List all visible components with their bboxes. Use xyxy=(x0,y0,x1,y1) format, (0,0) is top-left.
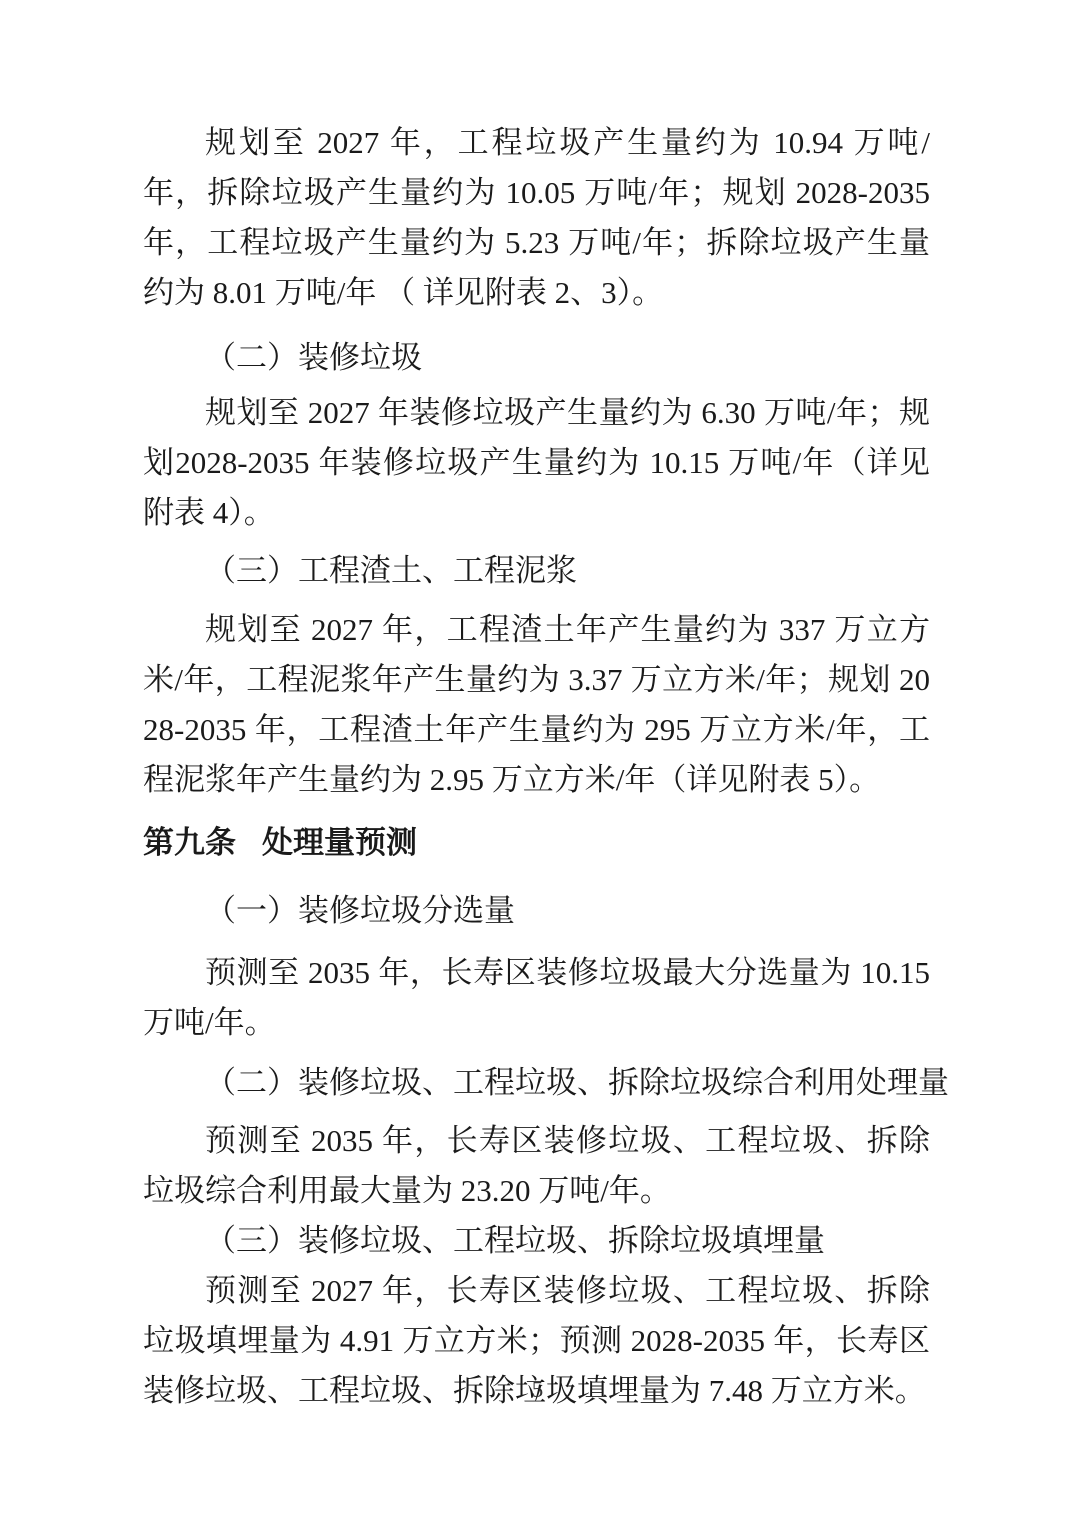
article-title: 处理量预测 xyxy=(262,825,417,860)
subheading-spoil-and-slurry: （三）工程渣土、工程泥浆 xyxy=(143,546,930,596)
paragraph-engineering-waste-forecast: 规划至 2027 年，工程垃圾产生量约为 10.94 万吨/年，拆除垃圾产生量约… xyxy=(143,118,930,318)
article-number: 第九条 xyxy=(143,825,236,860)
page-number: 5 xyxy=(0,1376,1075,1404)
paragraph-comprehensive-utilization-forecast: 预测至 2035 年，长寿区装修垃圾、工程垃圾、拆除垃圾综合利用最大量为 23.… xyxy=(143,1116,930,1216)
subheading-landfill-volume: （三）装修垃圾、工程垃圾、拆除垃圾填埋量 xyxy=(143,1216,930,1266)
paragraph-spoil-slurry-forecast: 规划至 2027 年，工程渣土年产生量约为 337 万立方米/年，工程泥浆年产生… xyxy=(143,605,930,805)
subheading-comprehensive-utilization: （二）装修垃圾、工程垃圾、拆除垃圾综合利用处理量 xyxy=(143,1058,930,1108)
subheading-decoration-waste: （二）装修垃圾 xyxy=(143,333,930,383)
paragraph-decoration-waste-forecast: 规划至 2027 年装修垃圾产生量约为 6.30 万吨/年；规划2028-203… xyxy=(143,388,930,538)
subheading-sorting-volume: （一）装修垃圾分选量 xyxy=(143,886,930,936)
document-content: 规划至 2027 年，工程垃圾产生量约为 10.94 万吨/年，拆除垃圾产生量约… xyxy=(143,118,930,1416)
document-page: 规划至 2027 年，工程垃圾产生量约为 10.94 万吨/年，拆除垃圾产生量约… xyxy=(0,0,1075,1520)
article-heading: 第九条处理量预测 xyxy=(143,818,930,868)
paragraph-sorting-volume-forecast: 预测至 2035 年，长寿区装修垃圾最大分选量为 10.15 万吨/年。 xyxy=(143,948,930,1048)
